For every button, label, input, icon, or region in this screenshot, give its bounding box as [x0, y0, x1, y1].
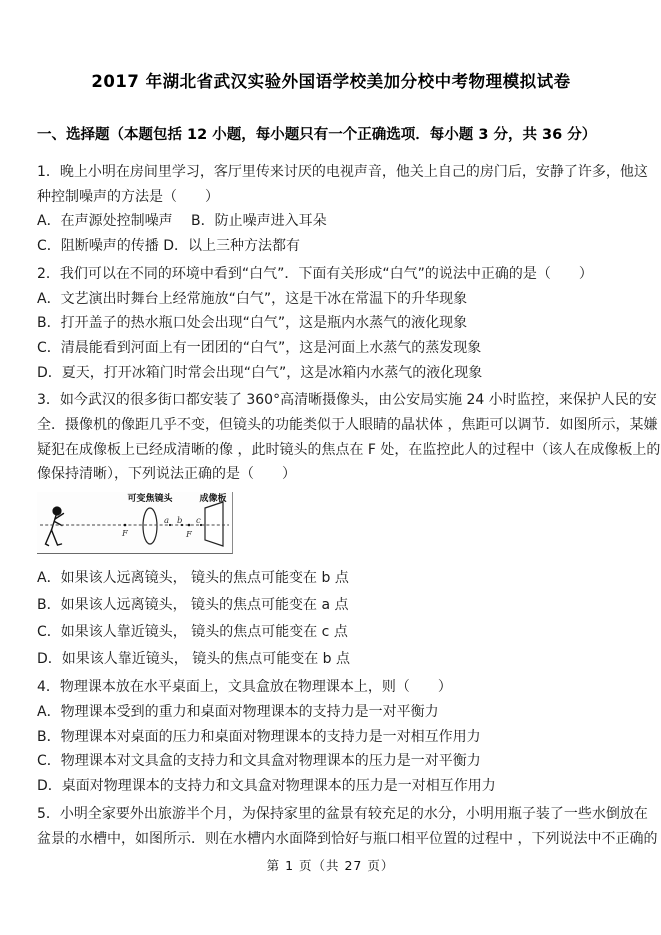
q2-stem: 2．我们可以在不同的环境中看到“白气”．下面有关形成“白气”的说法中正确的是（ …: [37, 262, 625, 287]
q3-stem-line-4: 像保持清晰），下列说法正确的是（ ）: [37, 462, 625, 487]
lens-diagram-figure: 可变焦镜头 成像板 F: [37, 492, 233, 554]
point-a-dot: [169, 524, 171, 526]
q2-option-a: A．文艺演出时舞台上经常施放“白气”，这是干冰在常温下的升华现象: [37, 287, 625, 312]
point-a-letter: a: [164, 516, 169, 526]
q4-option-c: C．物理课本对文具盒的支持力和文具盒对物理课本的压力是一对平衡力: [37, 749, 625, 774]
q2-option-d: D．夏天，打开冰箱门时常会出现“白气”，这是冰箱内水蒸气的液化现象: [37, 361, 625, 386]
lens-label: 可变焦镜头: [127, 492, 173, 504]
q3-option-a: A．如果该人远离镜头， 镜头的焦点可能变在 b 点: [37, 565, 625, 592]
q2-option-c: C．清晨能看到河面上有一团团的“白气”，这是河面上水蒸气的蒸发现象: [37, 336, 625, 361]
convex-lens-shape: [143, 508, 157, 544]
q4-stem: 4．物理课本放在水平桌面上，文具盒放在物理课本上，则（ ）: [37, 675, 625, 700]
imaging-board-shape: [205, 502, 223, 546]
point-b-letter: b: [177, 516, 182, 526]
q5-stem-line-2: 盆景的水槽中，如图所示．则在水槽内水面降到恰好与瓶口相平位置的过程中 ，下列说法…: [37, 827, 625, 852]
q3-option-b: B．如果该人远离镜头， 镜头的焦点可能变在 a 点: [37, 592, 625, 619]
question-5: 5．小明全家要外出旅游半个月，为保持家里的盆景有较充足的水分，小明用瓶子装了一些…: [37, 802, 625, 851]
section-heading: 一、选择题（本题包括 12 小题，每小题只有一个正确选项．每小题 3 分，共 3…: [37, 127, 625, 144]
q5-stem-line-1: 5．小明全家要外出旅游半个月，为保持家里的盆景有较充足的水分，小明用瓶子装了一些…: [37, 802, 625, 827]
question-4: 4．物理课本放在水平桌面上，文具盒放在物理课本上，则（ ） A．物理课本受到的重…: [37, 675, 625, 799]
q1-options-cd: C．阻断噪声的传播 D．以上三种方法都有: [37, 234, 625, 259]
q4-option-a: A．物理课本受到的重力和桌面对物理课本的支持力是一对平衡力: [37, 700, 625, 725]
right-focus-letter: F: [185, 530, 193, 540]
left-focus-point: [124, 524, 127, 527]
q1-stem-line-1: 1．晚上小明在房间里学习，客厅里传来讨厌的电视声音，他关上自己的房门后，安静了许…: [37, 160, 625, 185]
q1-options-ab: A．在声源处控制噪声 B．防止噪声进入耳朵: [37, 209, 625, 234]
q4-option-d: D．桌面对物理课本的支持力和文具盒对物理课本的压力是一对相互作用力: [37, 774, 625, 799]
left-focus-letter: F: [121, 529, 129, 539]
question-3: 3．如今武汉的很多街口都安装了 360°高清晰摄像头，由公安局实施 24 小时监…: [37, 388, 625, 672]
q1-stem-line-2: 种控制噪声的方法是（ ）: [37, 185, 625, 210]
question-1: 1．晚上小明在房间里学习，客厅里传来讨厌的电视声音，他关上自己的房门后，安静了许…: [37, 160, 625, 259]
question-3-options: A．如果该人远离镜头， 镜头的焦点可能变在 b 点 B．如果该人远离镜头， 镜头…: [37, 565, 625, 672]
q3-stem-line-2: 全．摄像机的像距几乎不变，但镜头的功能类似于人眼睛的晶状体 ，焦距可以调节．如图…: [37, 413, 625, 438]
q4-option-b: B．物理课本对桌面的压力和桌面对物理课本的支持力是一对相互作用力: [37, 725, 625, 750]
q3-stem-line-1: 3．如今武汉的很多街口都安装了 360°高清晰摄像头，由公安局实施 24 小时监…: [37, 388, 625, 413]
page-footer: 第 1 页（共 27 页）: [0, 856, 661, 874]
q2-option-b: B．打开盖子的热水瓶口处会出现“白气”，这是瓶内水蒸气的液化现象: [37, 311, 625, 336]
right-focus-point: [188, 524, 191, 527]
q3-option-c: C．如果该人靠近镜头， 镜头的焦点可能变在 c 点: [37, 619, 625, 646]
person-figure: [46, 507, 64, 546]
point-c-letter: c: [196, 516, 201, 526]
exam-page: 2017 年湖北省武汉实验外国语学校美加分校中考物理模拟试卷 一、选择题（本题包…: [0, 0, 661, 935]
question-2: 2．我们可以在不同的环境中看到“白气”．下面有关形成“白气”的说法中正确的是（ …: [37, 262, 625, 386]
q3-stem-line-3: 疑犯在成像板上已经成清晰的像 ，此时镜头的焦点在 F 处，在监控此人的过程中（该…: [37, 438, 625, 463]
camera-lens-diagram: 可变焦镜头 成像板 F: [37, 492, 232, 554]
q3-option-d: D．如果该人靠近镜头， 镜头的焦点可能变在 b 点: [37, 646, 625, 673]
page-title: 2017 年湖北省武汉实验外国语学校美加分校中考物理模拟试卷: [37, 71, 625, 93]
